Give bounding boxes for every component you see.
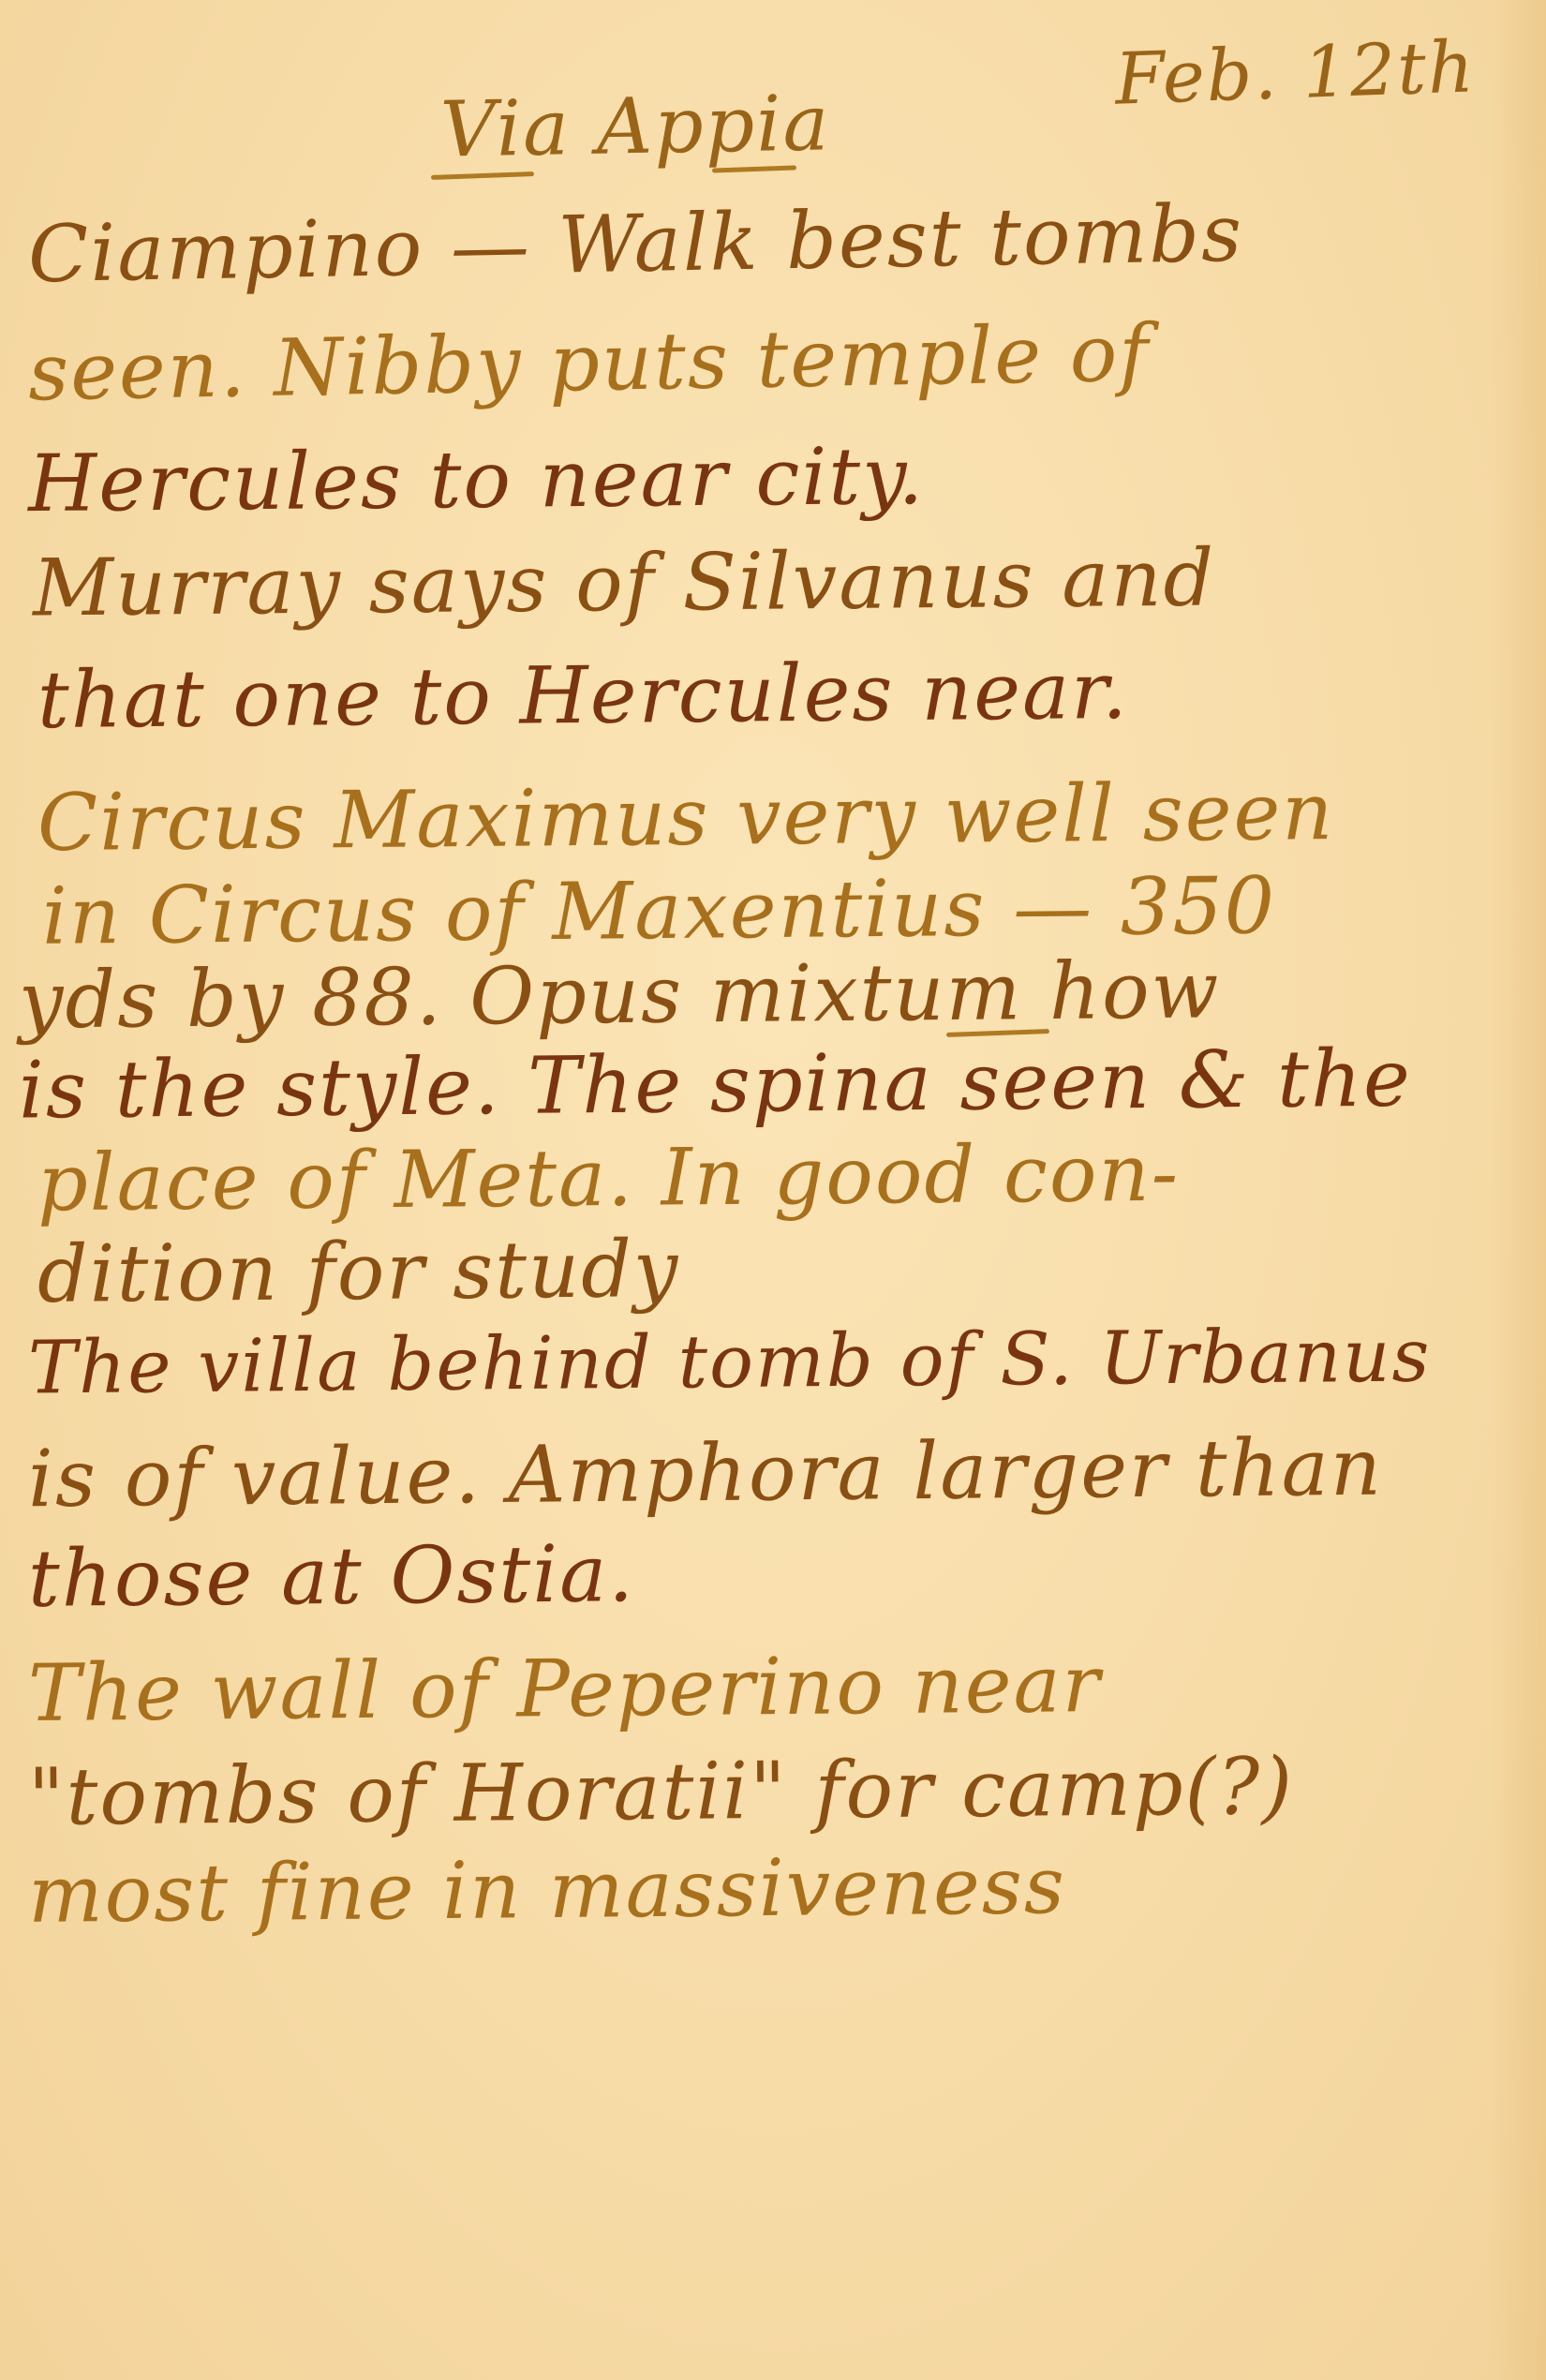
text-line: seen. Nibby puts temple of	[27, 314, 1151, 412]
text-line: "tombs of Horatii" for camp(?)	[28, 1747, 1295, 1837]
date-label: Feb. 12th	[1114, 31, 1477, 114]
text-line: Circus Maximus very well seen	[37, 772, 1335, 862]
text-line: Murray says of Silvanus and	[33, 538, 1216, 627]
text-line: Hercules to near city.	[28, 437, 926, 523]
text-line: in Circus of Maxentius — 350	[42, 866, 1277, 955]
text-line: most fine in massiveness	[28, 1846, 1067, 1934]
text-line: The wall of Peperino near	[28, 1644, 1102, 1733]
text-line: dition for study	[37, 1229, 680, 1314]
text-line: Ciampino — Walk best tombs	[27, 194, 1243, 294]
text-line: that one to Hercules near.	[37, 651, 1129, 739]
text-line: place of Meta. In good con-	[37, 1134, 1181, 1223]
text-line: The villa behind tomb of S. Urbanus	[28, 1319, 1432, 1405]
text-line: yds by 88. Opus mixtum how	[19, 950, 1221, 1039]
manuscript-page: Via Appia Feb. 12th Ciampino — Walk best…	[0, 0, 1546, 2380]
text-line: is of value. Amphora larger than	[28, 1428, 1384, 1519]
text-line: is the style. The spina seen & the	[19, 1039, 1412, 1130]
text-line: those at Ostia.	[28, 1534, 636, 1618]
page-title: Via Appia	[439, 85, 831, 169]
